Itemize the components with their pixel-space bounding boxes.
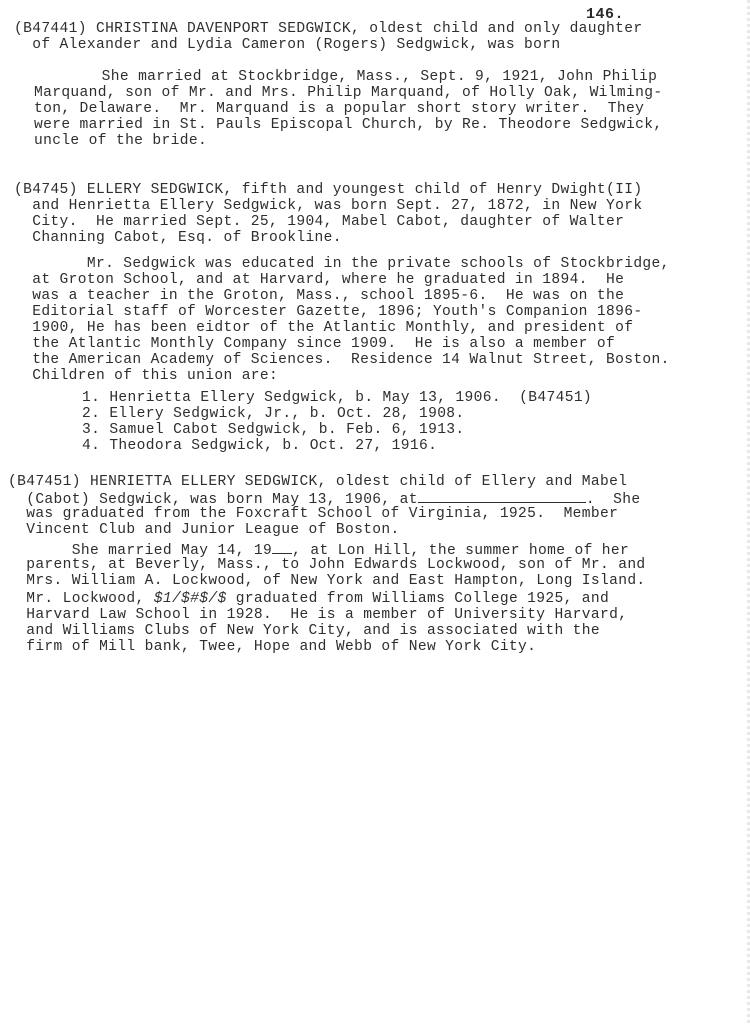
blank-birthplace [418, 490, 586, 503]
entry-line: Marquand, son of Mr. and Mrs. Philip Mar… [34, 85, 662, 101]
document-page: 146. (B47441) CHRISTINA DAVENPORT SEDGWI… [0, 0, 750, 1025]
lockwood-after-strike: graduated from Williams College 1925, an… [227, 591, 610, 607]
child-item: 3. Samuel Cabot Sedgwick, b. Feb. 6, 191… [82, 422, 465, 438]
entry-line: Channing Cabot, Esq. of Brookline. [14, 230, 342, 246]
entry-paragraph: She married at Stockbridge, Mass., Sept.… [47, 69, 657, 85]
entry-line: was a teacher in the Groton, Mass., scho… [14, 288, 624, 304]
entry-line: ton, Delaware. Mr. Marquand is a popular… [34, 101, 644, 117]
entry-line: were married in St. Pauls Episcopal Chur… [34, 117, 662, 133]
child-item: 2. Ellery Sedgwick, Jr., b. Oct. 28, 190… [82, 406, 465, 422]
entry-line: Mr. Lockwood, $1/$#$/$ graduated from Wi… [8, 591, 609, 607]
entry-line: Editorial staff of Worcester Gazette, 18… [14, 304, 642, 320]
entry-line: the American Academy of Sciences. Reside… [14, 352, 670, 368]
entry-line: Vincent Club and Junior League of Boston… [8, 522, 400, 538]
entry-heading: (B47441) CHRISTINA DAVENPORT SEDGWICK, o… [14, 21, 642, 37]
entry-line: City. He married Sept. 25, 1904, Mabel C… [14, 214, 624, 230]
entry-line: Children of this union are: [14, 368, 278, 384]
child-item: 1. Henrietta Ellery Sedgwick, b. May 13,… [82, 390, 592, 406]
entry-line: of Alexander and Lydia Cameron (Rogers) … [14, 37, 560, 53]
blank-year [272, 541, 292, 554]
entry-line: Mrs. William A. Lockwood, of New York an… [8, 573, 646, 589]
struck-out-text: $1/$#$/$ [154, 591, 227, 607]
entry-line: firm of Mill bank, Twee, Hope and Webb o… [8, 639, 536, 655]
entry-paragraph: Mr. Sedgwick was educated in the private… [14, 256, 670, 272]
entry-line: and Henrietta Ellery Sedgwick, was born … [14, 198, 642, 214]
entry-heading: (B47451) HENRIETTA ELLERY SEDGWICK, olde… [8, 474, 627, 490]
entry-line: and Williams Clubs of New York City, and… [8, 623, 600, 639]
entry-line: the Atlantic Monthly Company since 1909.… [14, 336, 615, 352]
entry-line: at Groton School, and at Harvard, where … [14, 272, 624, 288]
entry-line: was graduated from the Foxcraft School o… [8, 506, 618, 522]
child-item: 4. Theodora Sedgwick, b. Oct. 27, 1916. [82, 438, 437, 454]
entry-line: Harvard Law School in 1928. He is a memb… [8, 607, 627, 623]
entry-heading: (B4745) ELLERY SEDGWICK, fifth and young… [14, 182, 642, 198]
entry-line: uncle of the bride. [34, 133, 207, 149]
entry-line: 1900, He has been eidtor of the Atlantic… [14, 320, 633, 336]
entry-line: parents, at Beverly, Mass., to John Edwa… [8, 557, 646, 573]
lockwood-text: Mr. Lockwood, [8, 591, 145, 607]
